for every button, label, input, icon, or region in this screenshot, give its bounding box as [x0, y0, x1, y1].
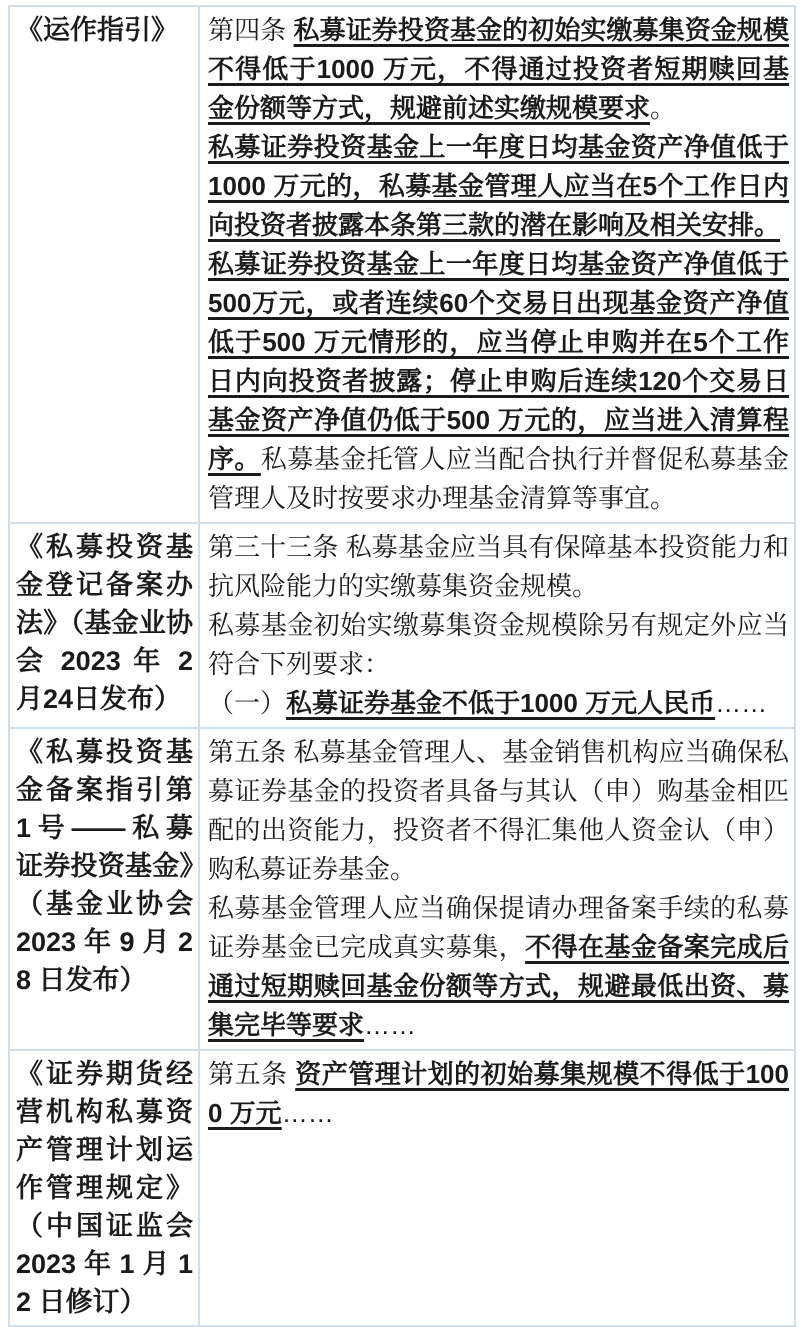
emphasized-text-segment: 私募证券基金不低于1000 万元人民币	[286, 688, 715, 718]
emphasized-text-segment: 私募证券投资基金上一年度日均基金资产净值低于1000 万元的，私募基金管理人应当…	[208, 132, 789, 240]
paragraph: 第四条 私募证券投资基金的初始实缴募集资金规模不得低于1000 万元，不得通过投…	[208, 11, 789, 128]
table-row: 《私募投资基金备案指引第1号——私募证券投资基金》（基金业协会 2023 年 9…	[9, 728, 795, 1050]
regulation-content-cell: 第五条 私募基金管理人、基金销售机构应当确保私募证券基金的投资者具备与其认（申）…	[199, 728, 795, 1050]
text-segment: 第四条	[208, 15, 294, 45]
emphasized-text-segment: 私募证券投资基金上一年度日均基金资产净值低于500万元，或者连续60个交易日出现…	[208, 249, 789, 474]
regulation-source-cell: 《私募投资基金备案指引第1号——私募证券投资基金》（基金业协会 2023 年 9…	[9, 728, 199, 1050]
table-row: 《证券期货经营机构私募资产管理计划运作管理规定》（中国证监会 2023 年 1 …	[9, 1050, 795, 1326]
text-segment: 。	[650, 93, 676, 123]
paragraph: （一）私募证券基金不低于1000 万元人民币……	[208, 684, 789, 723]
text-segment: ……	[364, 1010, 416, 1040]
text-segment: 第五条	[208, 1059, 295, 1089]
text-segment: （一）	[208, 688, 286, 718]
text-segment: 第三十三条 私募基金应当具有保障基本投资能力和抗风险能力的实缴募集资金规模。	[208, 532, 789, 601]
regulations-table: 《运作指引》 第四条 私募证券投资基金的初始实缴募集资金规模不得低于1000 万…	[8, 5, 796, 1327]
text-segment: ……	[715, 688, 767, 718]
text-segment: ……	[282, 1098, 334, 1128]
regulation-content-cell: 第四条 私募证券投资基金的初始实缴募集资金规模不得低于1000 万元，不得通过投…	[199, 6, 795, 523]
regulation-content-cell: 第三十三条 私募基金应当具有保障基本投资能力和抗风险能力的实缴募集资金规模。私募…	[199, 523, 795, 728]
regulation-source-cell: 《运作指引》	[9, 6, 199, 523]
text-segment: 私募基金托管人应当配合执行并督促私募基金管理人及时按要求办理基金清算等事宜。	[208, 444, 789, 513]
paragraph: 私募基金初始实缴募集资金规模除另有规定外应当符合下列要求：	[208, 606, 789, 684]
text-segment: 私募基金初始实缴募集资金规模除另有规定外应当符合下列要求：	[208, 610, 789, 679]
table-row: 《运作指引》 第四条 私募证券投资基金的初始实缴募集资金规模不得低于1000 万…	[9, 6, 795, 523]
paragraph: 第五条 私募基金管理人、基金销售机构应当确保私募证券基金的投资者具备与其认（申）…	[208, 733, 789, 889]
paragraph: 私募证券投资基金上一年度日均基金资产净值低于500万元，或者连续60个交易日出现…	[208, 245, 789, 518]
text-segment: 第五条 私募基金管理人、基金销售机构应当确保私募证券基金的投资者具备与其认（申）…	[208, 737, 789, 884]
regulation-content-cell: 第五条 资产管理计划的初始募集规模不得低于1000 万元……	[199, 1050, 795, 1326]
document-page: { "styles": { "border_color": "#cfdeeb",…	[0, 0, 800, 1304]
paragraph: 第五条 资产管理计划的初始募集规模不得低于1000 万元……	[208, 1055, 789, 1133]
regulation-source-cell: 《证券期货经营机构私募资产管理计划运作管理规定》（中国证监会 2023 年 1 …	[9, 1050, 199, 1326]
paragraph: 第三十三条 私募基金应当具有保障基本投资能力和抗风险能力的实缴募集资金规模。	[208, 528, 789, 606]
paragraph: 私募证券投资基金上一年度日均基金资产净值低于1000 万元的，私募基金管理人应当…	[208, 128, 789, 245]
emphasized-text-segment: 私募证券投资基金的初始实缴募集资金规模不得低于1000 万元，不得通过投资者短期…	[208, 15, 789, 123]
table-row: 《私募投资基金登记备案办法》（基金业协会 2023 年 2 月24日发布） 第三…	[9, 523, 795, 728]
table-body: 《运作指引》 第四条 私募证券投资基金的初始实缴募集资金规模不得低于1000 万…	[9, 6, 795, 1326]
paragraph: 私募基金管理人应当确保提请办理备案手续的私募证券基金已完成真实募集，不得在基金备…	[208, 889, 789, 1045]
regulation-source-cell: 《私募投资基金登记备案办法》（基金业协会 2023 年 2 月24日发布）	[9, 523, 199, 728]
